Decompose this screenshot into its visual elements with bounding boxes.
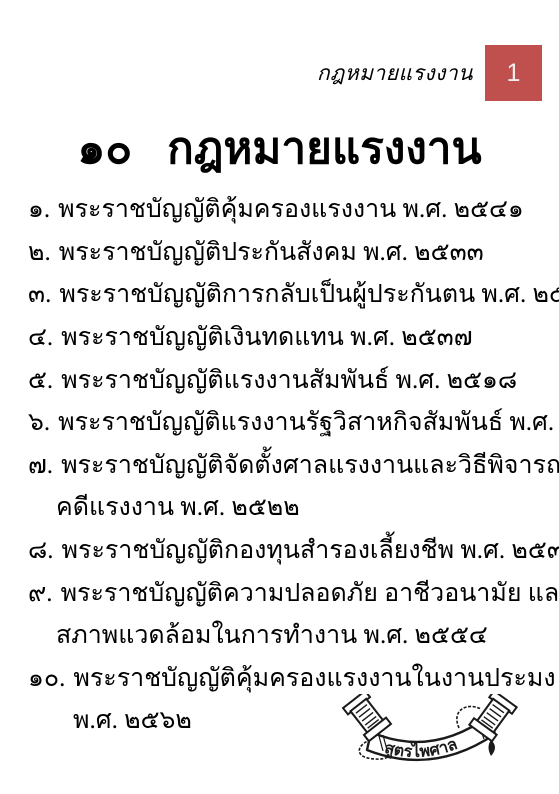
publisher-stamp: สูตรไพศาล	[339, 694, 523, 772]
running-title: กฎหมายแรงงาน	[317, 57, 473, 90]
chapter-title: ๑๐ กฎหมายแรงงาน	[0, 118, 559, 180]
item-text: พระราชบัญญัติความปลอดภัย อาชีวอนามัย และ	[61, 573, 559, 613]
item-number: ๑.	[28, 189, 50, 229]
page-number: 1	[507, 59, 521, 88]
item-number: ๗.	[28, 445, 53, 485]
list-item-1: ๑. พระราชบัญญัติคุ้มครองแรงงาน พ.ศ. ๒๕๔๑	[0, 188, 559, 231]
item-text: พระราชบัญญัติจัดตั้งศาลแรงงานและวิธีพิจา…	[61, 445, 559, 485]
item-text: พระราชบัญญัติเงินทดแทน พ.ศ. ๒๕๓๗	[61, 317, 472, 357]
list-item-9: ๙. พระราชบัญญัติความปลอดภัย อาชีวอนามัย …	[0, 571, 559, 614]
item-number: ๕.	[28, 360, 53, 400]
item-text: พระราชบัญญัติการกลับเป็นผู้ประกันตน พ.ศ.…	[59, 274, 559, 314]
item-number: ๘.	[28, 530, 54, 570]
list-item-2: ๒. พระราชบัญญัติประกันสังคม พ.ศ. ๒๕๓๓	[0, 231, 559, 274]
list-item-3: ๓. พระราชบัญญัติการกลับเป็นผู้ประกันตน พ…	[0, 273, 559, 316]
chapter-number: ๑๐	[77, 124, 132, 173]
list-item-9-continuation: สภาพแวดล้อมในการทำงาน พ.ศ. ๒๕๕๔	[0, 614, 559, 657]
scroll-banner-icon: สูตรไพศาล	[339, 694, 523, 772]
item-number: ๙.	[28, 573, 53, 613]
item-text: พระราชบัญญัติแรงงานสัมพันธ์ พ.ศ. ๒๕๑๘	[61, 360, 517, 400]
list-item-7-continuation: คดีแรงงาน พ.ศ. ๒๕๒๒	[0, 486, 559, 529]
chapter-title-text: กฎหมายแรงงาน	[167, 124, 481, 173]
item-number: ๓.	[28, 274, 51, 314]
item-number: ๑๐.	[28, 658, 65, 698]
list-item-10: ๑๐. พระราชบัญญัติคุ้มครองแรงงานในงานประม…	[0, 657, 559, 700]
page-number-box: 1	[485, 45, 542, 101]
list-item-5: ๕. พระราชบัญญัติแรงงานสัมพันธ์ พ.ศ. ๒๕๑๘	[0, 358, 559, 401]
item-number: ๖.	[28, 402, 50, 442]
list-item-7: ๗. พระราชบัญญัติจัดตั้งศาลแรงงานและวิธีพ…	[0, 444, 559, 487]
item-text: พระราชบัญญัติแรงงานรัฐวิสาหกิจสัมพันธ์ พ…	[58, 402, 559, 442]
item-text: พระราชบัญญัติกองทุนสำรองเลี้ยงชีพ พ.ศ. ๒…	[62, 530, 559, 570]
list-item-6: ๖. พระราชบัญญัติแรงงานรัฐวิสาหกิจสัมพันธ…	[0, 401, 559, 444]
list-item-8: ๘. พระราชบัญญัติกองทุนสำรองเลี้ยงชีพ พ.ศ…	[0, 529, 559, 572]
item-number: ๒.	[28, 232, 51, 272]
item-text: พระราชบัญญัติประกันสังคม พ.ศ. ๒๕๓๓	[59, 232, 484, 272]
item-number: ๔.	[28, 317, 53, 357]
act-list: ๑. พระราชบัญญัติคุ้มครองแรงงาน พ.ศ. ๒๕๔๑…	[0, 188, 559, 742]
item-text: พระราชบัญญัติคุ้มครองแรงงาน พ.ศ. ๒๕๔๑	[58, 189, 524, 229]
page-header: กฎหมายแรงงาน 1	[0, 45, 542, 101]
document-page: กฎหมายแรงงาน 1 ๑๐ กฎหมายแรงงาน ๑. พระราช…	[0, 0, 559, 794]
list-item-4: ๔. พระราชบัญญัติเงินทดแทน พ.ศ. ๒๕๓๗	[0, 316, 559, 359]
item-text: พระราชบัญญัติคุ้มครองแรงงานในงานประมง	[73, 658, 555, 698]
